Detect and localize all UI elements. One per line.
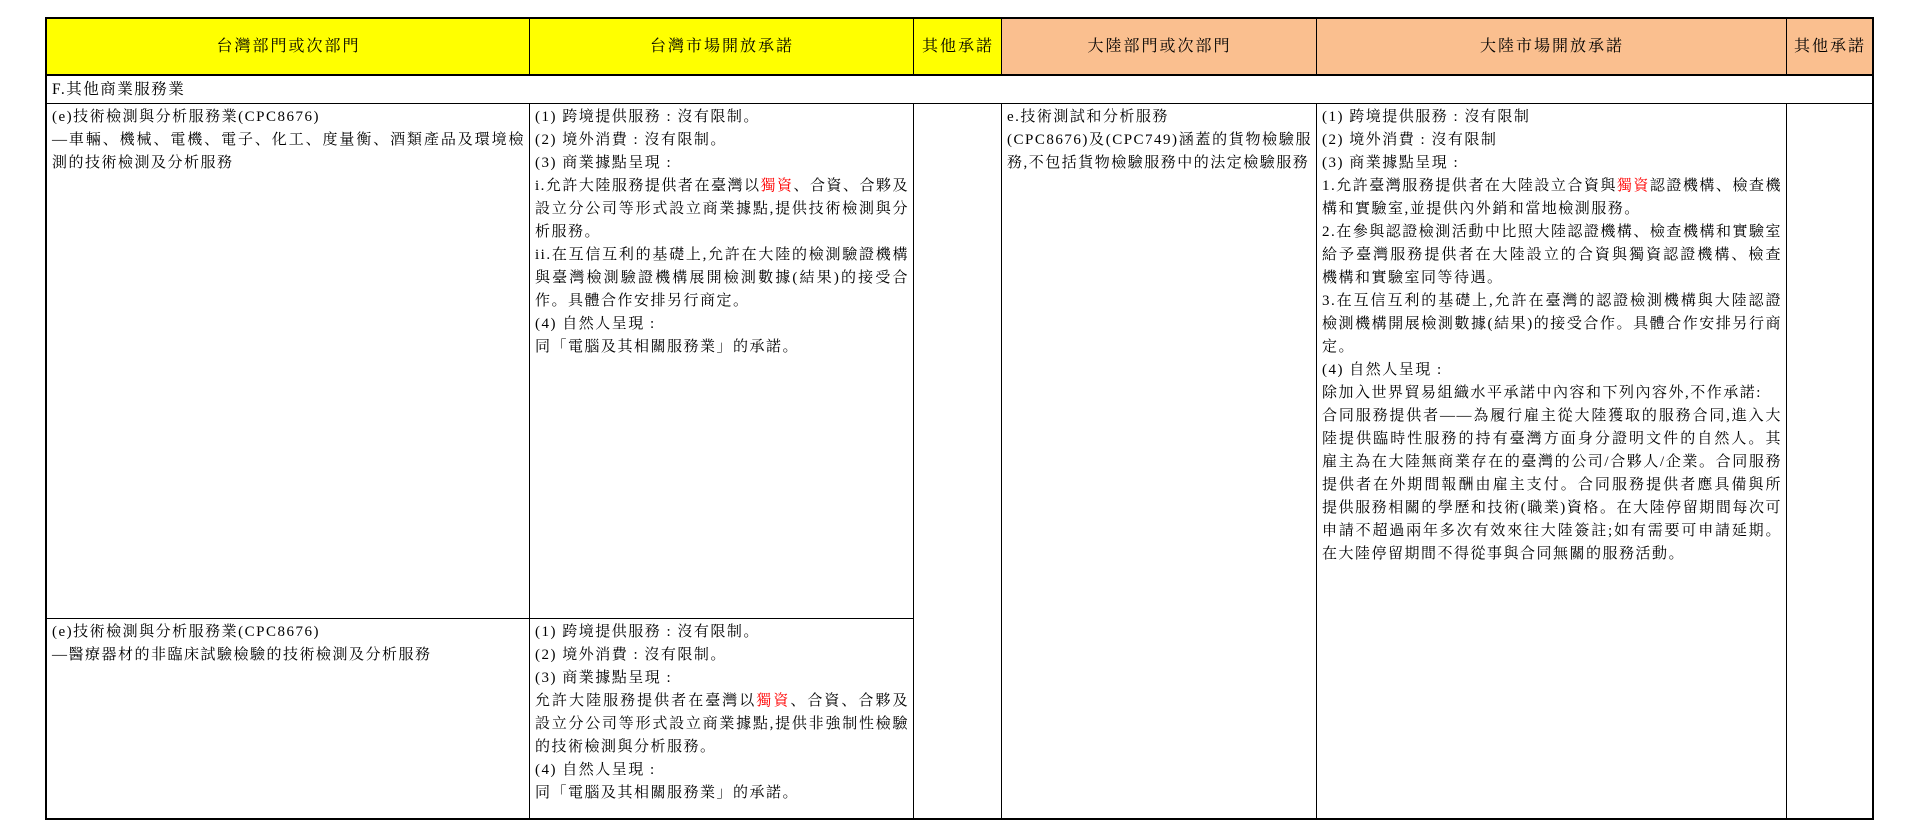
paragraph: (CPC8676)及(CPC749)涵蓋的貨物檢驗服務,不包括貨物檢驗服務中的法… [1007, 129, 1312, 175]
section-title: F.其他商業服務業 [47, 76, 1872, 104]
paragraph: 合同服務提供者——為履行雇主從大陸獲取的服務合同,進入大陸提供臨時性服務的持有臺… [1322, 405, 1782, 566]
paragraph: e.技術測試和分析服務 [1007, 106, 1312, 129]
paragraph: (e)技術檢測與分析服務業(CPC8676) [52, 621, 525, 644]
paragraph: (3) 商業據點呈現 : [535, 152, 909, 175]
paragraph: i.允許大陸服務提供者在臺灣以獨資、合資、合夥及設立分公司等形式設立商業據點,提… [535, 175, 909, 244]
paragraph: (4) 自然人呈現 : [1322, 359, 1782, 382]
paragraph: (1) 跨境提供服務 : 沒有限制 [1322, 106, 1782, 129]
paragraph: 同「電腦及其相關服務業」的承諾。 [535, 782, 909, 805]
paragraph: (2) 境外消費 : 沒有限制。 [535, 644, 909, 667]
paragraph: (1) 跨境提供服務 : 沒有限制。 [535, 621, 909, 644]
cell-row1-taiwan-commitments: (1) 跨境提供服務 : 沒有限制。(2) 境外消費 : 沒有限制。(3) 商業… [530, 104, 914, 619]
header-taiwan-sector: 台灣部門或次部門 [47, 19, 530, 76]
cell-taiwan-other-commitments [914, 104, 1002, 818]
paragraph: ii.在互信互利的基礎上,允許在大陸的檢測驗證機構與臺灣檢測驗證機構展開檢測數據… [535, 244, 909, 313]
header-mainland-market-commitments: 大陸市場開放承諾 [1317, 19, 1787, 76]
paragraph: (3) 商業據點呈現 : [1322, 152, 1782, 175]
paragraph: 同「電腦及其相關服務業」的承諾。 [535, 336, 909, 359]
paragraph: 除加入世界貿易組織水平承諾中內容和下列內容外,不作承諾: [1322, 382, 1782, 405]
paragraph: —醫療器材的非臨床試驗檢驗的技術檢測及分析服務 [52, 644, 525, 667]
paragraph: (1) 跨境提供服務 : 沒有限制。 [535, 106, 909, 129]
header-taiwan-other-commitments: 其他承諾 [914, 19, 1002, 76]
cell-mainland-sector: e.技術測試和分析服務(CPC8676)及(CPC749)涵蓋的貨物檢驗服務,不… [1002, 104, 1317, 818]
paragraph: (2) 境外消費 : 沒有限制。 [535, 129, 909, 152]
paragraph: (4) 自然人呈現 : [535, 759, 909, 782]
paragraph: 1.允許臺灣服務提供者在大陸設立合資與獨資認證機構、檢查機構和實驗室,並提供內外… [1322, 175, 1782, 221]
commitments-table: 台灣部門或次部門 台灣市場開放承諾 其他承諾 大陸部門或次部門 大陸市場開放承諾… [45, 17, 1874, 820]
header-mainland-sector: 大陸部門或次部門 [1002, 19, 1317, 76]
header-taiwan-market-commitments: 台灣市場開放承諾 [530, 19, 914, 76]
paragraph: (2) 境外消費 : 沒有限制 [1322, 129, 1782, 152]
paragraph: 2.在參與認證檢測活動中比照大陸認證機構、檢查機構和實驗室給予臺灣服務提供者在大… [1322, 221, 1782, 290]
cell-row1-taiwan-sector: (e)技術檢測與分析服務業(CPC8676)—車輛、機械、電機、電子、化工、度量… [47, 104, 530, 619]
paragraph: (3) 商業據點呈現 : [535, 667, 909, 690]
paragraph: —車輛、機械、電機、電子、化工、度量衡、酒類產品及環境檢測的技術檢測及分析服務 [52, 129, 525, 175]
cell-mainland-commitments: (1) 跨境提供服務 : 沒有限制(2) 境外消費 : 沒有限制(3) 商業據點… [1317, 104, 1787, 818]
cell-row2-taiwan-commitments: (1) 跨境提供服務 : 沒有限制。(2) 境外消費 : 沒有限制。(3) 商業… [530, 619, 914, 818]
cell-mainland-other-commitments [1787, 104, 1872, 818]
paragraph: (4) 自然人呈現 : [535, 313, 909, 336]
cell-row2-taiwan-sector: (e)技術檢測與分析服務業(CPC8676)—醫療器材的非臨床試驗檢驗的技術檢測… [47, 619, 530, 818]
header-mainland-other-commitments: 其他承諾 [1787, 19, 1872, 76]
paragraph: 3.在互信互利的基礎上,允許在臺灣的認證檢測機構與大陸認證檢測機構開展檢測數據(… [1322, 290, 1782, 359]
paragraph: 允許大陸服務提供者在臺灣以獨資、合資、合夥及設立分公司等形式設立商業據點,提供非… [535, 690, 909, 759]
paragraph: (e)技術檢測與分析服務業(CPC8676) [52, 106, 525, 129]
